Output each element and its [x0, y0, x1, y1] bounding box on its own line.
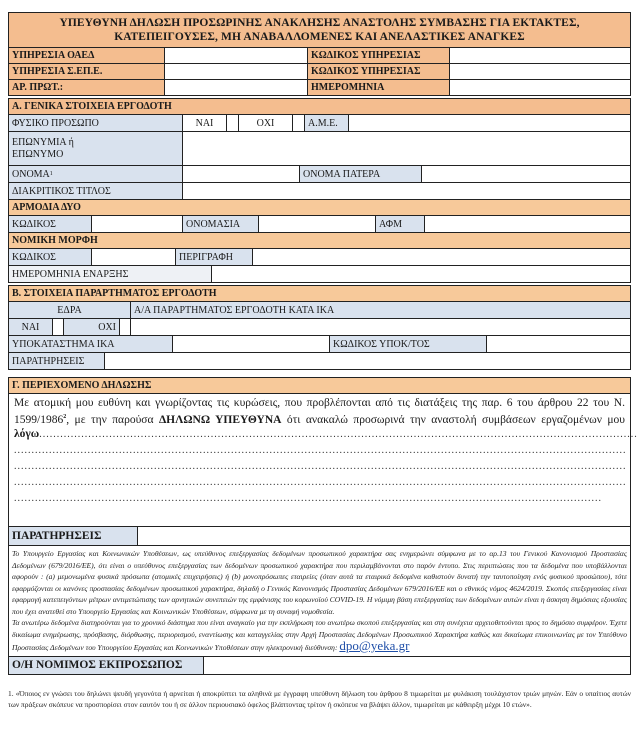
- section-g-title: Γ. ΠΕΡΙΕΧΟΜΕΝΟ ΔΗΛΩΣΗΣ: [9, 378, 630, 393]
- label-ika-branch: ΥΠΟΚΑΤΑΣΤΗΜΑ ΙΚΑ: [9, 336, 172, 352]
- natural-person-yes-checkbox[interactable]: [226, 115, 238, 131]
- seat-yes-checkbox[interactable]: [52, 319, 63, 335]
- form-header: ΥΠΕΥΘΥΝΗ ΔΗΛΩΣΗ ΠΡΟΣΩΡΙΝΗΣ ΑΝΑΚΛΗΣΗΣ ΑΝΑ…: [8, 12, 631, 96]
- form-title: ΥΠΕΥΘΥΝΗ ΔΗΛΩΣΗ ΠΡΟΣΩΡΙΝΗΣ ΑΝΑΚΛΗΣΗΣ ΑΝΑ…: [9, 13, 630, 47]
- label-service-code-2: ΚΩΔΙΚΟΣ ΥΠΗΡΕΣΙΑΣ: [307, 64, 449, 79]
- legal-representative-field[interactable]: [203, 657, 630, 674]
- afm-field[interactable]: [424, 216, 630, 232]
- remarks-title: ΠΑΡΑΤΗΡΗΣΕΙΣ: [9, 527, 137, 545]
- label-branch-remarks: ΠΑΡΑΤΗΡΗΣΕΙΣ: [9, 353, 104, 369]
- legal-form-title: ΝΟΜΙΚΗ ΜΟΡΦΗ: [9, 233, 630, 248]
- natural-person-no-checkbox[interactable]: [292, 115, 304, 131]
- label-natural-person: ΦΥΣΙΚΟ ΠΡΟΣΩΠΟ: [9, 115, 182, 131]
- declaration-text: Με ατομική μου ευθύνη και γνωρίζοντας τι…: [9, 393, 630, 513]
- branch-code-field[interactable]: [486, 336, 630, 352]
- label-seat-no: ΟΧΙ: [63, 319, 119, 335]
- start-date-field[interactable]: [211, 266, 630, 282]
- service-code-2-field[interactable]: [449, 64, 630, 79]
- label-ame: Α.Μ.Ε.: [304, 115, 348, 131]
- label-legal-form-description: ΠΕΡΙΓΡΑΦΗ: [175, 249, 252, 265]
- label-yes: ΝΑΙ: [182, 115, 226, 131]
- dpo-email-link[interactable]: dpo@yeka.gr: [339, 638, 409, 653]
- reason-line-3[interactable]: ........................................…: [14, 475, 625, 491]
- father-name-field[interactable]: [421, 166, 630, 182]
- label-seat: ΕΔΡΑ: [9, 302, 130, 318]
- oaed-service-field[interactable]: [164, 48, 307, 63]
- protocol-number-field[interactable]: [164, 80, 307, 95]
- tax-office-title: ΑΡΜΟΔΙΑ ΔΥΟ: [9, 200, 630, 215]
- seat-no-checkbox[interactable]: [119, 319, 130, 335]
- label-first-name: ΟΝΟΜΑ1: [9, 166, 182, 182]
- legal-representative-label: Ο/Η ΝΟΜΙΜΟΣ ΕΚΠΡΟΣΩΠΟΣ: [9, 657, 203, 674]
- label-service-code: ΚΩΔΙΚΟΣ ΥΠΗΡΕΣΙΑΣ: [307, 48, 449, 63]
- section-b-branch: Β. ΣΤΟΙΧΕΙΑ ΠΑΡΑΡΤΗΜΑΤΟΣ ΕΡΓΟΔΟΤΗ ΕΔΡΑ Α…: [8, 285, 631, 370]
- label-protocol-number: ΑΡ. ΠΡΩΤ.:: [9, 80, 164, 95]
- legal-form-description-field[interactable]: [252, 249, 630, 265]
- label-legal-form-code: ΚΩΔΙΚΟΣ: [9, 249, 91, 265]
- declare-responsibly: ΔΗΛΩΝΩ ΥΠΕΥΘΥΝΑ: [159, 414, 282, 426]
- ame-field[interactable]: [348, 115, 630, 131]
- tax-office-name-field[interactable]: [258, 216, 375, 232]
- label-tax-office-code: ΚΩΔΙΚΟΣ: [9, 216, 91, 232]
- service-code-field[interactable]: [449, 48, 630, 63]
- sepe-service-field[interactable]: [164, 64, 307, 79]
- label-branch-number: Α/Α ΠΑΡΑΡΤΗΜΑΤΟΣ ΕΡΓΟΔΟΤΗ ΚΑΤΑ ΙΚΑ: [130, 302, 630, 318]
- reason-line-4[interactable]: ........................................…: [14, 491, 601, 507]
- section-a-title: Α. ΓΕΝΙΚΑ ΣΤΟΙΧΕΙΑ ΕΡΓΟΔΟΤΗ: [9, 99, 630, 114]
- ika-branch-field[interactable]: [172, 336, 329, 352]
- label-oaed-service: ΥΠΗΡΕΣΙΑ ΟΑΕΔ: [9, 48, 164, 63]
- legal-form-code-field[interactable]: [91, 249, 175, 265]
- label-branch-code: ΚΩΔΙΚΟΣ ΥΠΟΚ/ΤΟΣ: [329, 336, 486, 352]
- label-seat-yes: ΝΑΙ: [9, 319, 52, 335]
- surname-field[interactable]: [182, 132, 630, 165]
- label-sepe-service: ΥΠΗΡΕΣΙΑ Σ.ΕΠ.Ε.: [9, 64, 164, 79]
- label-date: ΗΜΕΡΟΜΗΝΙΑ: [307, 80, 449, 95]
- reason-line-1[interactable]: ........................................…: [14, 443, 625, 459]
- footnote-1: 1. «Όποιος εν γνώσει του δηλώνει ψευδή γ…: [8, 688, 631, 710]
- date-field[interactable]: [449, 80, 630, 95]
- tax-office-code-field[interactable]: [91, 216, 182, 232]
- section-g-declaration: Γ. ΠΕΡΙΕΧΟΜΕΝΟ ΔΗΛΩΣΗΣ Με ατομική μου ευ…: [8, 377, 631, 527]
- label-tax-office-name: ΟΝΟΜΑΣΙΑ: [182, 216, 258, 232]
- branch-number-field[interactable]: [130, 319, 630, 335]
- section-a-employer: Α. ΓΕΝΙΚΑ ΣΤΟΙΧΕΙΑ ΕΡΓΟΔΟΤΗ ΦΥΣΙΚΟ ΠΡΟΣΩ…: [8, 98, 631, 283]
- label-surname: ΕΠΩΝΥΜΙΑ ή ΕΠΩΝΥΜΟ: [9, 132, 182, 165]
- reason-line-2[interactable]: ........................................…: [14, 459, 625, 475]
- first-name-field[interactable]: [182, 166, 299, 182]
- label-no: ΟΧΙ: [238, 115, 292, 131]
- distinctive-title-field[interactable]: [182, 183, 630, 199]
- label-start-date: ΗΜΕΡΟΜΗΝΙΑ ΕΝΑΡΞΗΣ: [9, 266, 211, 282]
- label-father-name: ΟΝΟΜΑ ΠΑΤΕΡΑ: [299, 166, 421, 182]
- section-b-title: Β. ΣΤΟΙΧΕΙΑ ΠΑΡΑΡΤΗΜΑΤΟΣ ΕΡΓΟΔΟΤΗ: [9, 286, 630, 301]
- label-distinctive-title: ΔΙΑΚΡΙΤΙΚΟΣ ΤΙΤΛΟΣ: [9, 183, 182, 199]
- label-afm: ΑΦΜ: [375, 216, 424, 232]
- remarks-title-spacer: [137, 527, 630, 545]
- remarks-block: ΠΑΡΑΤΗΡΗΣΕΙΣ Το Υπουργείο Εργασίας και Κ…: [8, 527, 631, 675]
- gdpr-notice: Το Υπουργείο Εργασίας και Κοινωνικών Υπο…: [9, 545, 630, 656]
- branch-remarks-field[interactable]: [104, 353, 630, 369]
